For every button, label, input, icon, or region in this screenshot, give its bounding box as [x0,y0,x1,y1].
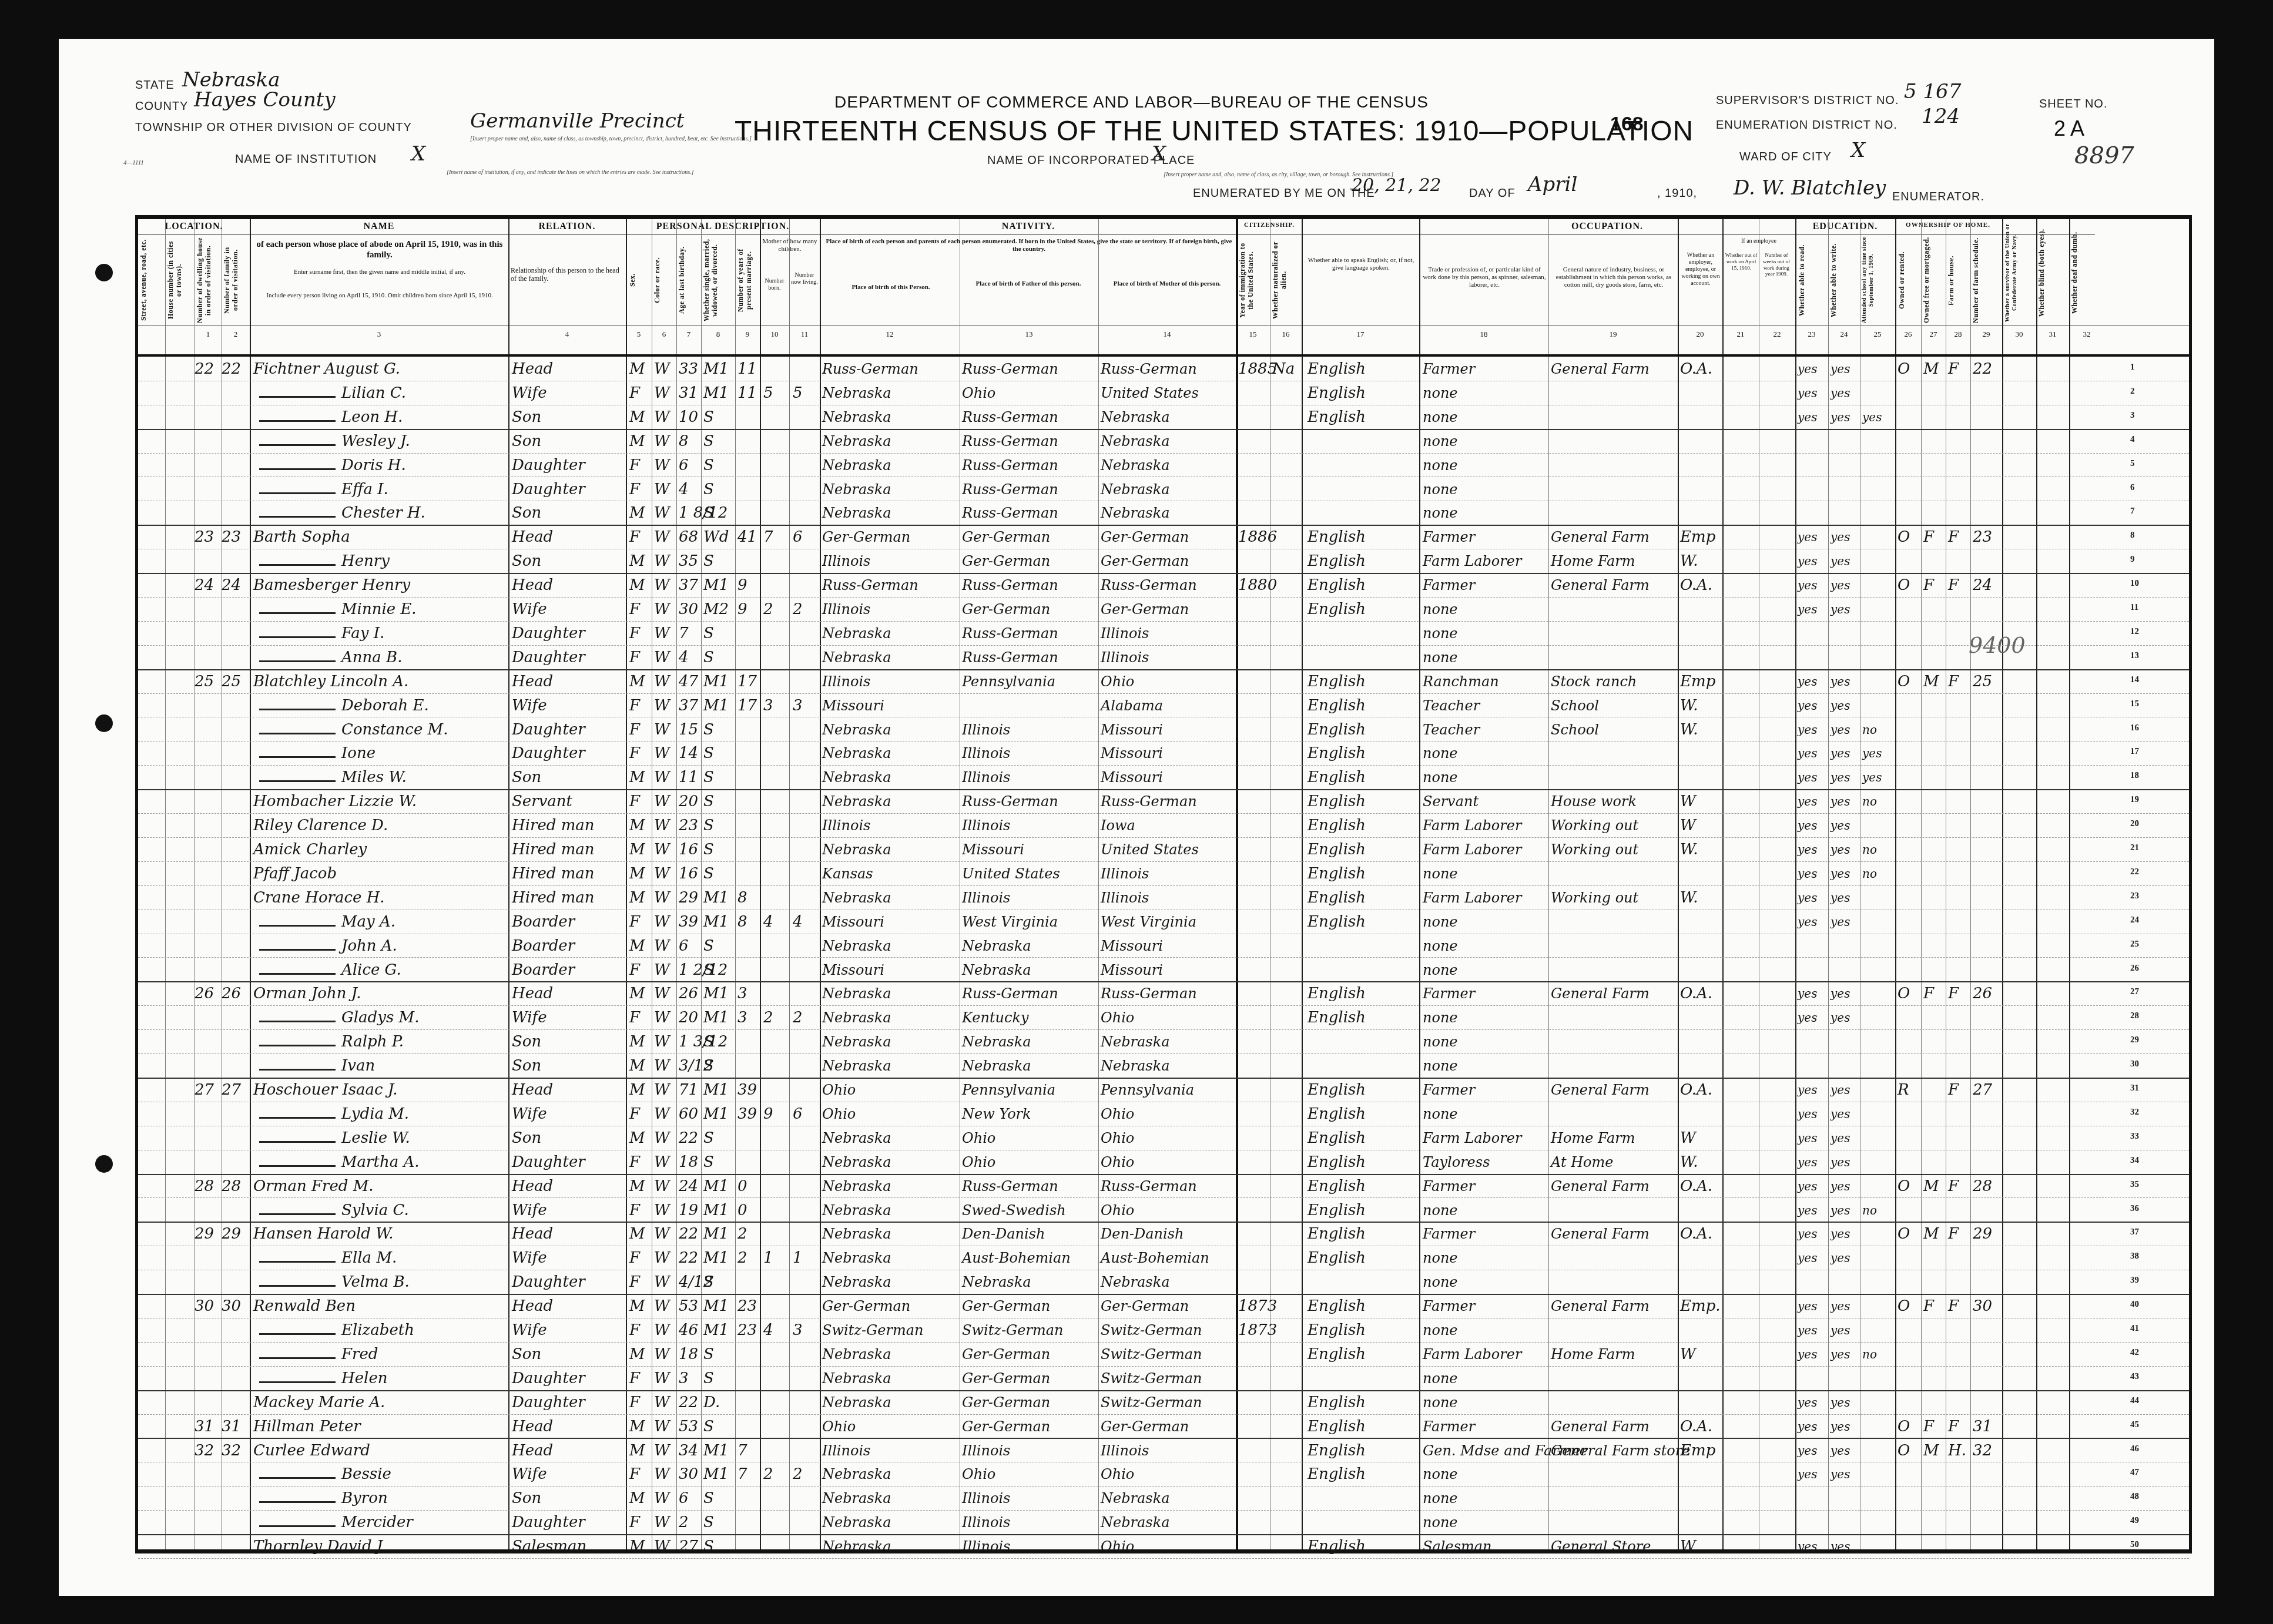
free-mortgaged: F [1923,526,1934,548]
language: English [1308,742,1366,764]
relation: Son [512,550,541,572]
race: W [654,959,670,981]
person-name: Lilian C. [341,382,406,404]
can-write: yes [1831,1343,1850,1365]
birthplace-mother: Ohio [1101,1151,1134,1173]
language: English [1308,1006,1366,1029]
attended-school: no [1862,790,1877,813]
race: W [654,526,670,548]
sex: M [629,935,645,957]
free-mortgaged: F [1923,1295,1934,1317]
person-name: Chester H. [341,502,425,524]
trade: Teacher [1423,719,1480,741]
sex: F [629,1271,640,1293]
race: W [654,1367,670,1390]
owned-rented: O [1897,1415,1910,1438]
relation: Wife [512,382,547,404]
birthplace-father: Illinois [962,742,1010,764]
person-name: Pfaff Jacob [253,863,337,885]
can-write: yes [1831,1391,1850,1414]
table-row: Deborah E.WifeFW37M11733MissouriAlabamaE… [138,693,2189,718]
table-row: HelenDaughterFW3SNebraskaGer-GermanSwitz… [138,1366,2189,1391]
marital-status: M1 [703,1247,729,1269]
sex: M [629,1055,645,1077]
year-label: , 1910, [1657,187,1697,200]
farm-schedule: 22 [1973,358,1992,380]
sex: F [629,911,640,933]
age: 37 [679,574,698,596]
dwelling-number: 29 [195,1223,214,1245]
person-name: Alice G. [341,959,401,981]
trade: none [1423,478,1458,501]
age: 22 [679,1391,698,1414]
birthplace-mother: Ger-German [1101,1415,1189,1438]
department-heading: DEPARTMENT OF COMMERCE AND LABOR—BUREAU … [834,93,1429,112]
trade: Farmer [1423,1175,1475,1197]
industry: General Farm store [1551,1440,1690,1462]
age: 71 [679,1079,698,1101]
age: 7 [679,622,689,645]
birthplace-person: Nebraska [822,430,891,452]
age: 60 [679,1103,698,1125]
birthplace-person: Nebraska [822,1463,891,1485]
trade: none [1423,935,1458,957]
surname-ditto-dash [259,733,336,734]
column-number: 11 [789,330,820,339]
sex: M [629,430,645,452]
line-number: 5 [2130,459,2135,469]
trade: none [1423,430,1458,452]
marital-status: M1 [703,1199,729,1222]
can-write: yes [1831,982,1850,1005]
years-married: 7 [737,1440,747,1462]
colhead-mortgaged: Owned free or mortgaged. [1922,237,1946,324]
column-number: 8 [701,330,735,339]
birthplace-person: Nebraska [822,1199,891,1222]
table-row: 2424Bamesberger HenryHeadMW37M19Russ-Ger… [138,573,2189,598]
sex: F [629,1199,640,1222]
line-number: 7 [2130,506,2135,516]
race: W [654,1343,670,1365]
person-name: Leslie W. [341,1127,410,1149]
birthplace-father: Russ-German [962,1175,1058,1197]
language: English [1308,1343,1366,1365]
race: W [654,454,670,477]
person-name: Hombacher Lizzie W. [253,790,417,813]
owned-rented: O [1897,1295,1910,1317]
line-number: 2 [2130,387,2135,397]
children-born: 2 [763,1006,773,1029]
table-row: Ella M.WifeFW22M1211NebraskaAust-Bohemia… [138,1246,2189,1270]
employer-status: Emp [1680,526,1715,548]
surname-ditto-dash [259,1141,336,1143]
birthplace-person: Illinois [822,550,870,572]
birthplace-person: Nebraska [822,790,891,813]
attended-school: yes [1862,406,1882,428]
person-name: Barth Sopha [253,526,350,548]
birthplace-mother: Nebraska [1101,478,1170,501]
can-write: yes [1831,358,1850,380]
race: W [654,694,670,717]
years-married: 3 [737,982,747,1005]
birthplace-father: Illinois [962,887,1010,909]
marital-status: S [703,719,714,741]
column-number: 27 [1921,330,1946,339]
line-number: 31 [2130,1083,2139,1093]
person-name: Blatchley Lincoln A. [253,670,408,693]
birthplace-mother: Nebraska [1101,430,1170,452]
race: W [654,1487,670,1509]
can-read: yes [1798,838,1817,861]
employer-status: Emp [1680,1440,1715,1462]
table-row: Miles W.SonMW11SNebraskaIllinoisMissouri… [138,765,2189,790]
colhead-blind: Whether blind (both eyes). [2037,222,2068,324]
sex: F [629,1391,640,1414]
sex: F [629,1103,640,1125]
line-number: 48 [2130,1492,2139,1502]
free-mortgaged: M [1923,1223,1939,1245]
can-write: yes [1831,382,1850,404]
birthplace-mother: Ohio [1101,1103,1134,1125]
attended-school: yes [1862,766,1882,788]
trade: none [1423,622,1458,645]
age: 53 [679,1295,698,1317]
birthplace-mother: Ger-German [1101,1295,1189,1317]
table-row: Mackey Marie A.DaughterFW22D.NebraskaGer… [138,1390,2189,1415]
relation: Head [512,1079,553,1101]
birthplace-person: Nebraska [822,406,891,428]
family-number: 26 [222,982,241,1005]
can-write: yes [1831,526,1850,548]
trade: none [1423,1463,1458,1485]
birthplace-person: Russ-German [822,574,918,596]
trade: none [1423,454,1458,477]
birthplace-mother: Alabama [1101,694,1163,717]
table-row: John A.BoarderMW6SNebraskaNebraskaMissou… [138,934,2189,958]
table-row: 2828Orman Fred M.HeadMW24M10NebraskaRuss… [138,1174,2189,1199]
can-read: yes [1798,382,1817,404]
enumeration-value: 124 [1922,105,1960,128]
can-read: yes [1798,1440,1817,1462]
birthplace-mother: Missouri [1101,935,1163,957]
family-number: 24 [222,574,241,596]
relation: Son [512,1343,541,1365]
marital-status: S [703,1343,714,1365]
language: English [1308,911,1366,933]
can-read: yes [1798,670,1817,693]
industry: School [1551,719,1599,741]
farm-schedule: 31 [1973,1415,1992,1438]
surname-ditto-dash [259,564,336,566]
race: W [654,574,670,596]
trade: none [1423,382,1458,404]
language: English [1308,1535,1366,1558]
birthplace-person: Nebraska [822,1535,891,1558]
person-name: Hoschouer Isaac J. [253,1079,398,1101]
sex: F [629,719,640,741]
family-number: 28 [222,1175,241,1197]
age: 18 [679,1151,698,1173]
can-write: yes [1831,887,1850,909]
person-name: Bessie [341,1463,391,1485]
birthplace-father: Ger-German [962,1367,1050,1390]
person-name: Helen [341,1367,388,1390]
owned-rented: O [1897,1440,1910,1462]
race: W [654,911,670,933]
birthplace-person: Nebraska [822,1511,891,1534]
owned-rented: O [1897,526,1910,548]
language: English [1308,694,1366,717]
birthplace-mother: Ohio [1101,1463,1134,1485]
employer-status: W [1680,1343,1696,1365]
industry: General Store [1551,1535,1651,1558]
years-married: 2 [737,1223,747,1245]
line-number: 47 [2130,1468,2139,1478]
birthplace-mother: Nebraska [1101,406,1170,428]
race: W [654,1463,670,1485]
relation: Daughter [512,1511,585,1534]
column-number: 22 [1759,330,1795,339]
line-number: 8 [2130,531,2135,541]
birthplace-mother: Russ-German [1101,1175,1197,1197]
birthplace-mother: Ger-German [1101,526,1189,548]
table-row: FredSonMW18SNebraskaGer-GermanSwitz-Germ… [138,1342,2189,1367]
trade: Farm Laborer [1423,814,1521,837]
person-name: John A. [341,935,397,957]
children-living: 5 [793,382,803,404]
line-number: 12 [2130,627,2139,637]
birthplace-father: Nebraska [962,1055,1031,1077]
farm-schedule: 28 [1973,1175,1992,1197]
marital-status: S [703,478,714,501]
surname-ditto-dash [259,1045,336,1046]
table-row: Constance M.DaughterFW15SNebraskaIllinoi… [138,717,2189,742]
marital-status: S [703,1127,714,1149]
table-row: 2525Blatchley Lincoln A.HeadMW47M117Illi… [138,669,2189,694]
race: W [654,1127,670,1149]
person-name: Curlee Edward [253,1440,370,1462]
table-row: Ralph P.SonMW1 3/12SNebraskaNebraskaNebr… [138,1029,2189,1054]
colhead-read: Whether able to read. [1798,237,1828,324]
birthplace-person: Nebraska [822,454,891,477]
birthplace-person: Nebraska [822,1006,891,1029]
relation: Head [512,670,553,693]
children-living: 2 [793,1463,803,1485]
relation: Son [512,406,541,428]
trade: none [1423,1247,1458,1269]
relation: Boarder [512,935,575,957]
race: W [654,814,670,837]
birthplace-person: Nebraska [822,887,891,909]
sex: M [629,550,645,572]
birthplace-father: Illinois [962,814,1010,837]
farm-house: F [1948,1295,1959,1317]
birthplace-person: Russ-German [822,358,918,380]
can-write: yes [1831,406,1850,428]
colhead-dwelling: Number of dwelling house in order of vis… [196,237,222,324]
children-living: 3 [793,694,803,717]
can-read: yes [1798,1415,1817,1438]
sex: M [629,863,645,885]
can-read: yes [1798,1103,1817,1125]
birthplace-mother: Missouri [1101,959,1163,981]
column-number: 13 [960,330,1098,339]
farm-house: F [1948,1415,1959,1438]
colhead-sex: Sex. [628,237,652,324]
day-of-label: day of [1469,187,1516,200]
industry: General Farm [1551,1415,1650,1438]
dwelling-number: 24 [195,574,214,596]
relation: Daughter [512,742,585,764]
group-location: Location. [138,222,250,232]
state-label: State [135,79,174,92]
race: W [654,550,670,572]
years-married: 41 [737,526,757,548]
relation: Son [512,430,541,452]
relation: Head [512,1295,553,1317]
birthplace-father: Pennsylvania [962,1079,1055,1101]
family-number: 27 [222,1079,241,1101]
attended-school: no [1862,863,1877,885]
birthplace-person: Nebraska [822,1031,891,1053]
free-mortgaged: M [1923,1440,1939,1462]
trade: none [1423,1006,1458,1029]
person-name: Crane Horace H. [253,887,385,909]
colhead-language: Whether able to speak English; or, if no… [1305,257,1417,272]
marital-status: S [703,1271,714,1293]
birthplace-person: Nebraska [822,742,891,764]
marital-status: M1 [703,1319,729,1341]
marital-status: M1 [703,670,729,693]
age: 37 [679,694,698,717]
birthplace-father: New York [962,1103,1031,1125]
person-name: Riley Clarence D. [253,814,388,837]
birthplace-person: Kansas [822,863,873,885]
birthplace-mother: Iowa [1101,814,1135,837]
institution-note: [Insert name of institution, if any, and… [447,169,811,176]
group-nativity: Nativity. [820,222,1237,232]
table-row: 3030Renwald BenHeadMW53M123Ger-GermanGer… [138,1294,2189,1318]
colhead-nativity-note: Place of birth of each person and parent… [823,238,1235,253]
years-married: 39 [737,1103,757,1125]
group-personal: Personal Description. [626,222,820,232]
birthplace-person: Illinois [822,1440,870,1462]
sheet-label: Sheet No. [2039,98,2107,111]
can-write: yes [1831,1127,1850,1149]
attended-school: no [1862,1343,1877,1365]
surname-ditto-dash [259,636,336,638]
can-write: yes [1831,742,1850,764]
colhead-age: Age at last birthday. [678,237,701,324]
industry: House work [1551,790,1637,813]
dwelling-number: 32 [195,1440,214,1462]
relation: Daughter [512,622,585,645]
table-row: Doris H.DaughterFW6SNebraskaRuss-GermanN… [138,453,2189,478]
years-married: 3 [737,1006,747,1029]
birthplace-mother: Ohio [1101,1199,1134,1222]
group-citizenship: Citizenship. [1237,222,1302,229]
farm-schedule: 29 [1973,1223,1992,1245]
age: 33 [679,358,698,380]
column-number: 25 [1860,330,1895,339]
family-number: 29 [222,1223,241,1245]
age: 16 [679,838,698,861]
employer-status: W [1680,790,1696,813]
children-living: 6 [793,526,803,548]
can-read: yes [1798,526,1817,548]
race: W [654,1031,670,1053]
employer-status: W [1680,814,1696,837]
table-row: Riley Clarence D.Hired manMW23SIllinoisI… [138,813,2189,838]
colhead-years-married: Number of years of present marriage. [736,237,760,324]
sex: M [629,574,645,596]
sex: F [629,1367,640,1390]
race: W [654,1055,670,1077]
birthplace-mother: Pennsylvania [1101,1079,1194,1101]
can-read: yes [1798,1223,1817,1245]
language: English [1308,1103,1366,1125]
children-living: 4 [793,911,803,933]
birthplace-father: Aust-Bohemian [962,1247,1071,1269]
table-row: IvanSonMW3/12SNebraskaNebraskaNebraskano… [138,1053,2189,1079]
relation: Daughter [512,478,585,501]
surname-ditto-dash [259,444,336,446]
can-write: yes [1831,790,1850,813]
dwelling-number: 22 [195,358,214,380]
person-name: Amick Charley [253,838,367,861]
can-write: yes [1831,694,1850,717]
birthplace-person: Nebraska [822,838,891,861]
marital-status: S [703,814,714,837]
line-number: 22 [2130,867,2139,877]
sex: M [629,838,645,861]
can-write: yes [1831,1199,1850,1222]
table-row: BessieWifeFW30M1722NebraskaOhioOhioEngli… [138,1462,2189,1487]
children-born: 7 [763,526,773,548]
language: English [1308,1463,1366,1485]
person-name: Elizabeth [341,1319,414,1341]
marital-status: M1 [703,1079,729,1101]
table-row: Fay I.DaughterFW7SNebraskaRuss-GermanIll… [138,621,2189,646]
can-read: yes [1798,1079,1817,1101]
institution-value: X [411,142,425,166]
trade: none [1423,1367,1458,1390]
sex: M [629,1415,645,1438]
surname-ditto-dash [259,1381,336,1383]
birthplace-father: United States [962,863,1060,885]
trade: none [1423,766,1458,788]
can-read: yes [1798,358,1817,380]
language: English [1308,1223,1366,1245]
language: English [1308,766,1366,788]
birthplace-father: Russ-German [962,646,1058,669]
person-name: Miles W. [341,766,407,788]
birthplace-father: Den-Danish [962,1223,1045,1245]
immigration-year: 1880 [1238,574,1277,596]
naturalization: Na [1272,358,1295,380]
census-rows: 2222Fichtner August G.HeadMW33M111Russ-G… [138,354,2189,1549]
birthplace-person: Nebraska [822,1271,891,1293]
age: 26 [679,982,698,1005]
years-married: 39 [737,1079,757,1101]
age: 19 [679,1199,698,1222]
line-number: 42 [2130,1348,2139,1358]
industry: Working out [1551,838,1638,861]
line-number: 25 [2130,939,2139,949]
race: W [654,1223,670,1245]
birthplace-mother: Ohio [1101,1127,1134,1149]
birthplace-father: Ohio [962,382,995,404]
